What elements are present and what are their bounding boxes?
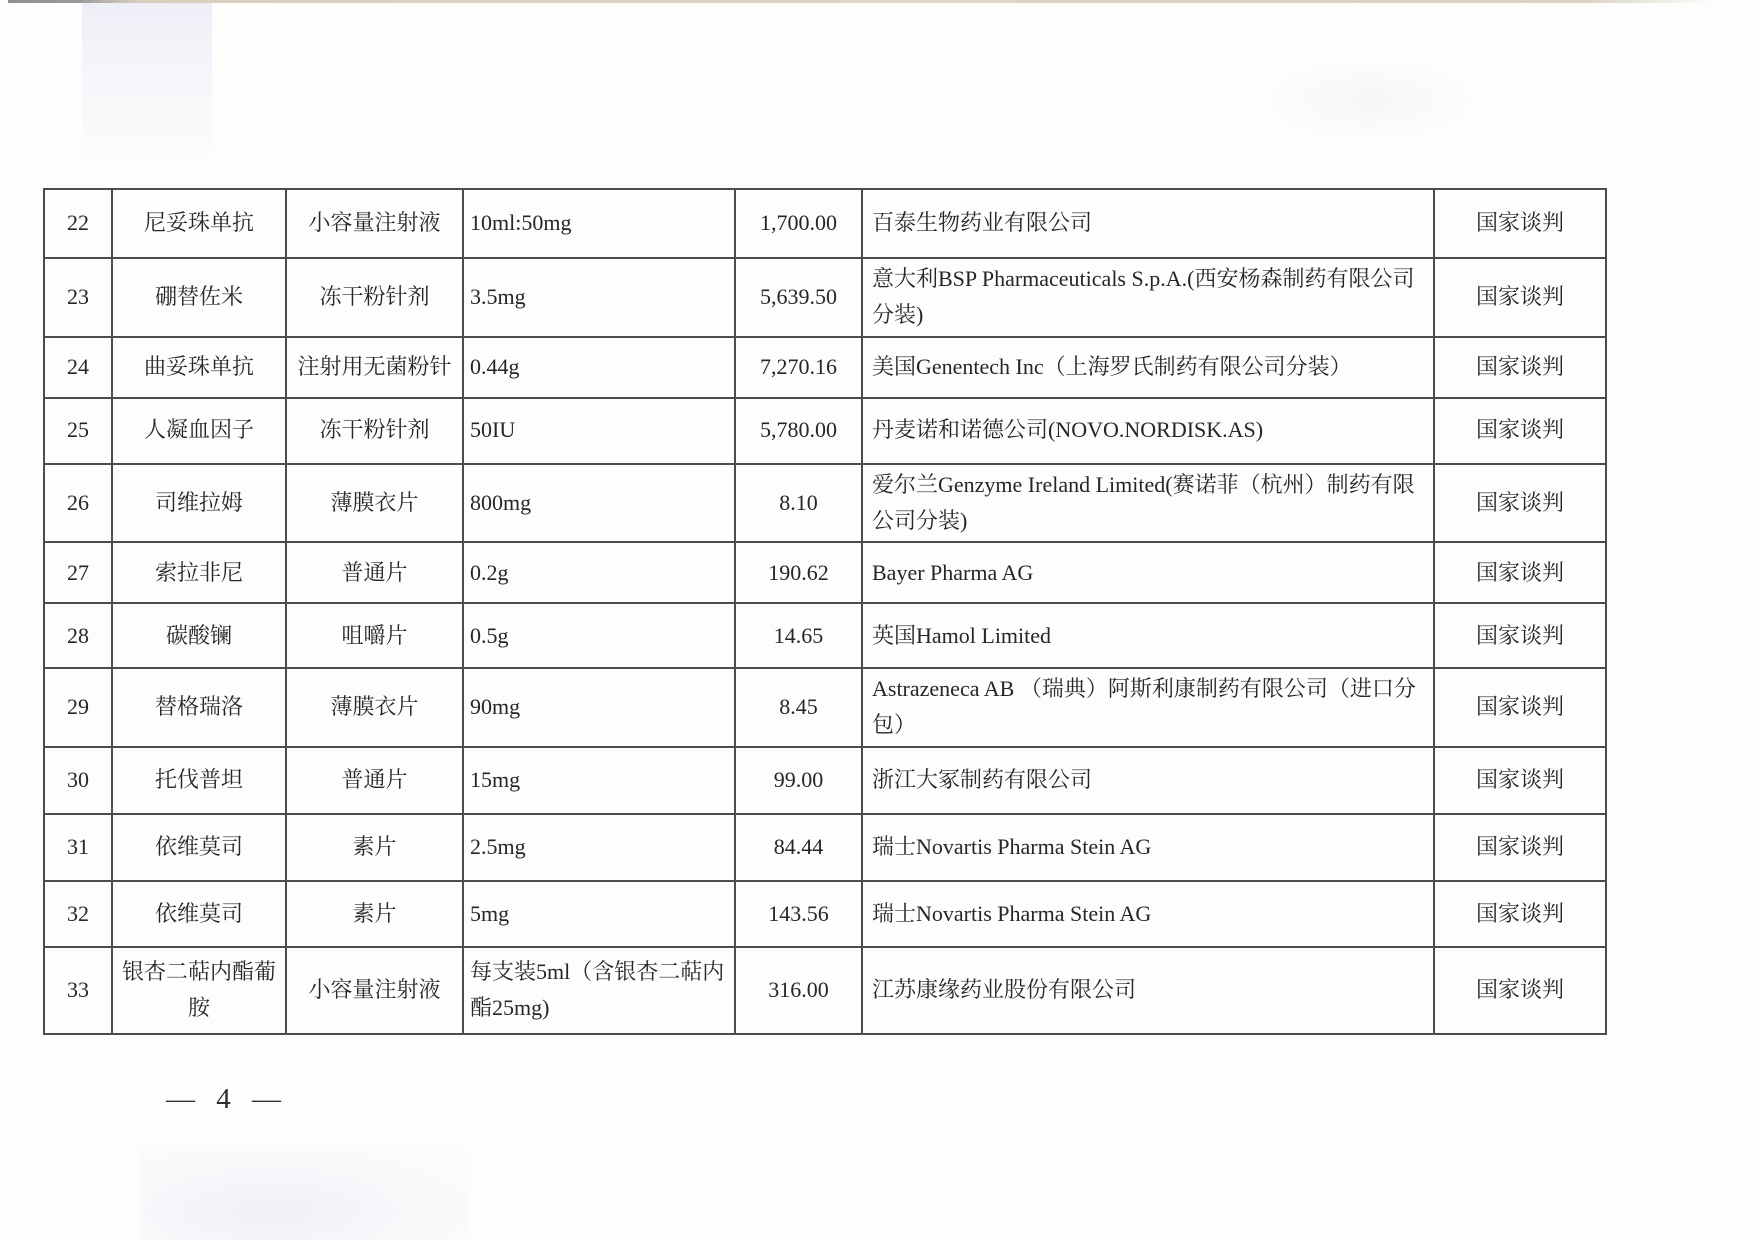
cell-row-number: 28 xyxy=(44,603,112,668)
cell-status: 国家谈判 xyxy=(1434,947,1606,1034)
cell-price: 143.56 xyxy=(735,881,862,947)
table-row: 23硼替佐米冻干粉针剂3.5mg5,639.50意大利BSP Pharmaceu… xyxy=(44,258,1606,337)
cell-price: 5,780.00 xyxy=(735,398,862,464)
cell-manufacturer: 英国Hamol Limited xyxy=(862,603,1434,668)
cell-dosage-form: 冻干粉针剂 xyxy=(286,398,463,464)
cell-row-number: 25 xyxy=(44,398,112,464)
scan-artifact-smudge xyxy=(1270,60,1470,140)
cell-manufacturer: 爱尔兰Genzyme Ireland Limited(赛诺菲（杭州）制药有限公司… xyxy=(862,464,1434,543)
cell-dosage-form: 小容量注射液 xyxy=(286,189,463,258)
cell-manufacturer: 瑞士Novartis Pharma Stein AG xyxy=(862,814,1434,881)
cell-specification: 5mg xyxy=(463,881,735,947)
cell-price: 190.62 xyxy=(735,542,862,603)
cell-row-number: 33 xyxy=(44,947,112,1034)
cell-drug-name: 碳酸镧 xyxy=(112,603,286,668)
cell-status: 国家谈判 xyxy=(1434,398,1606,464)
table-row: 33银杏二萜内酯葡胺小容量注射液每支装5ml（含银杏二萜内酯25mg)316.0… xyxy=(44,947,1606,1034)
cell-price: 8.45 xyxy=(735,668,862,747)
cell-dosage-form: 小容量注射液 xyxy=(286,947,463,1034)
cell-row-number: 30 xyxy=(44,747,112,814)
cell-drug-name: 人凝血因子 xyxy=(112,398,286,464)
cell-status: 国家谈判 xyxy=(1434,189,1606,258)
cell-specification: 每支装5ml（含银杏二萜内酯25mg) xyxy=(463,947,735,1034)
cell-manufacturer: 瑞士Novartis Pharma Stein AG xyxy=(862,881,1434,947)
cell-manufacturer: 浙江大冢制药有限公司 xyxy=(862,747,1434,814)
cell-status: 国家谈判 xyxy=(1434,603,1606,668)
document-page: 22尼妥珠单抗小容量注射液10ml:50mg1,700.00百泰生物药业有限公司… xyxy=(0,0,1753,1240)
cell-drug-name: 依维莫司 xyxy=(112,814,286,881)
cell-price: 316.00 xyxy=(735,947,862,1034)
cell-drug-name: 索拉非尼 xyxy=(112,542,286,603)
cell-specification: 3.5mg xyxy=(463,258,735,337)
cell-manufacturer: 美国Genentech Inc（上海罗氏制药有限公司分装） xyxy=(862,337,1434,398)
cell-status: 国家谈判 xyxy=(1434,464,1606,543)
cell-row-number: 27 xyxy=(44,542,112,603)
cell-manufacturer: Astrazeneca AB （瑞典）阿斯利康制药有限公司（进口分包） xyxy=(862,668,1434,747)
cell-row-number: 24 xyxy=(44,337,112,398)
cell-row-number: 29 xyxy=(44,668,112,747)
cell-specification: 2.5mg xyxy=(463,814,735,881)
cell-drug-name: 尼妥珠单抗 xyxy=(112,189,286,258)
cell-price: 8.10 xyxy=(735,464,862,543)
cell-specification: 90mg xyxy=(463,668,735,747)
cell-price: 84.44 xyxy=(735,814,862,881)
table-row: 31依维莫司素片2.5mg84.44瑞士Novartis Pharma Stei… xyxy=(44,814,1606,881)
cell-dosage-form: 薄膜衣片 xyxy=(286,464,463,543)
page-number: — 4 — xyxy=(166,1083,288,1116)
cell-specification: 15mg xyxy=(463,747,735,814)
scan-artifact-strip xyxy=(82,3,212,168)
cell-manufacturer: 百泰生物药业有限公司 xyxy=(862,189,1434,258)
cell-price: 5,639.50 xyxy=(735,258,862,337)
cell-drug-name: 替格瑞洛 xyxy=(112,668,286,747)
drug-price-table: 22尼妥珠单抗小容量注射液10ml:50mg1,700.00百泰生物药业有限公司… xyxy=(43,188,1607,1035)
cell-dosage-form: 素片 xyxy=(286,881,463,947)
table-row: 25人凝血因子冻干粉针剂50IU5,780.00丹麦诺和诺德公司(NOVO.NO… xyxy=(44,398,1606,464)
cell-drug-name: 银杏二萜内酯葡胺 xyxy=(112,947,286,1034)
cell-specification: 0.5g xyxy=(463,603,735,668)
table-row: 28碳酸镧咀嚼片0.5g14.65英国Hamol Limited国家谈判 xyxy=(44,603,1606,668)
scan-artifact-smudge xyxy=(140,1145,470,1240)
cell-status: 国家谈判 xyxy=(1434,814,1606,881)
table-row: 30托伐普坦普通片15mg99.00浙江大冢制药有限公司国家谈判 xyxy=(44,747,1606,814)
cell-dosage-form: 冻干粉针剂 xyxy=(286,258,463,337)
cell-manufacturer: 丹麦诺和诺德公司(NOVO.NORDISK.AS) xyxy=(862,398,1434,464)
table-row: 24曲妥珠单抗注射用无菌粉针0.44g7,270.16美国Genentech I… xyxy=(44,337,1606,398)
cell-row-number: 32 xyxy=(44,881,112,947)
cell-row-number: 31 xyxy=(44,814,112,881)
cell-row-number: 23 xyxy=(44,258,112,337)
cell-dosage-form: 注射用无菌粉针 xyxy=(286,337,463,398)
cell-row-number: 22 xyxy=(44,189,112,258)
cell-price: 99.00 xyxy=(735,747,862,814)
cell-status: 国家谈判 xyxy=(1434,747,1606,814)
cell-specification: 0.44g xyxy=(463,337,735,398)
cell-dosage-form: 咀嚼片 xyxy=(286,603,463,668)
cell-status: 国家谈判 xyxy=(1434,258,1606,337)
table-row: 32依维莫司素片5mg143.56瑞士Novartis Pharma Stein… xyxy=(44,881,1606,947)
cell-manufacturer: Bayer Pharma AG xyxy=(862,542,1434,603)
table-row: 27索拉非尼普通片0.2g190.62Bayer Pharma AG国家谈判 xyxy=(44,542,1606,603)
cell-specification: 800mg xyxy=(463,464,735,543)
cell-price: 1,700.00 xyxy=(735,189,862,258)
scan-artifact-top-edge xyxy=(8,0,1714,3)
cell-status: 国家谈判 xyxy=(1434,542,1606,603)
cell-specification: 10ml:50mg xyxy=(463,189,735,258)
cell-drug-name: 司维拉姆 xyxy=(112,464,286,543)
table-row: 26司维拉姆薄膜衣片800mg8.10爱尔兰Genzyme Ireland Li… xyxy=(44,464,1606,543)
table-body: 22尼妥珠单抗小容量注射液10ml:50mg1,700.00百泰生物药业有限公司… xyxy=(44,189,1606,1034)
cell-price: 14.65 xyxy=(735,603,862,668)
cell-row-number: 26 xyxy=(44,464,112,543)
cell-manufacturer: 意大利BSP Pharmaceuticals S.p.A.(西安杨森制药有限公司… xyxy=(862,258,1434,337)
cell-status: 国家谈判 xyxy=(1434,337,1606,398)
cell-dosage-form: 普通片 xyxy=(286,542,463,603)
cell-specification: 50IU xyxy=(463,398,735,464)
cell-manufacturer: 江苏康缘药业股份有限公司 xyxy=(862,947,1434,1034)
table-row: 29替格瑞洛薄膜衣片90mg8.45Astrazeneca AB （瑞典）阿斯利… xyxy=(44,668,1606,747)
cell-drug-name: 硼替佐米 xyxy=(112,258,286,337)
cell-dosage-form: 素片 xyxy=(286,814,463,881)
cell-specification: 0.2g xyxy=(463,542,735,603)
cell-price: 7,270.16 xyxy=(735,337,862,398)
cell-status: 国家谈判 xyxy=(1434,668,1606,747)
cell-drug-name: 依维莫司 xyxy=(112,881,286,947)
cell-drug-name: 曲妥珠单抗 xyxy=(112,337,286,398)
table-row: 22尼妥珠单抗小容量注射液10ml:50mg1,700.00百泰生物药业有限公司… xyxy=(44,189,1606,258)
cell-dosage-form: 普通片 xyxy=(286,747,463,814)
cell-status: 国家谈判 xyxy=(1434,881,1606,947)
cell-drug-name: 托伐普坦 xyxy=(112,747,286,814)
cell-dosage-form: 薄膜衣片 xyxy=(286,668,463,747)
